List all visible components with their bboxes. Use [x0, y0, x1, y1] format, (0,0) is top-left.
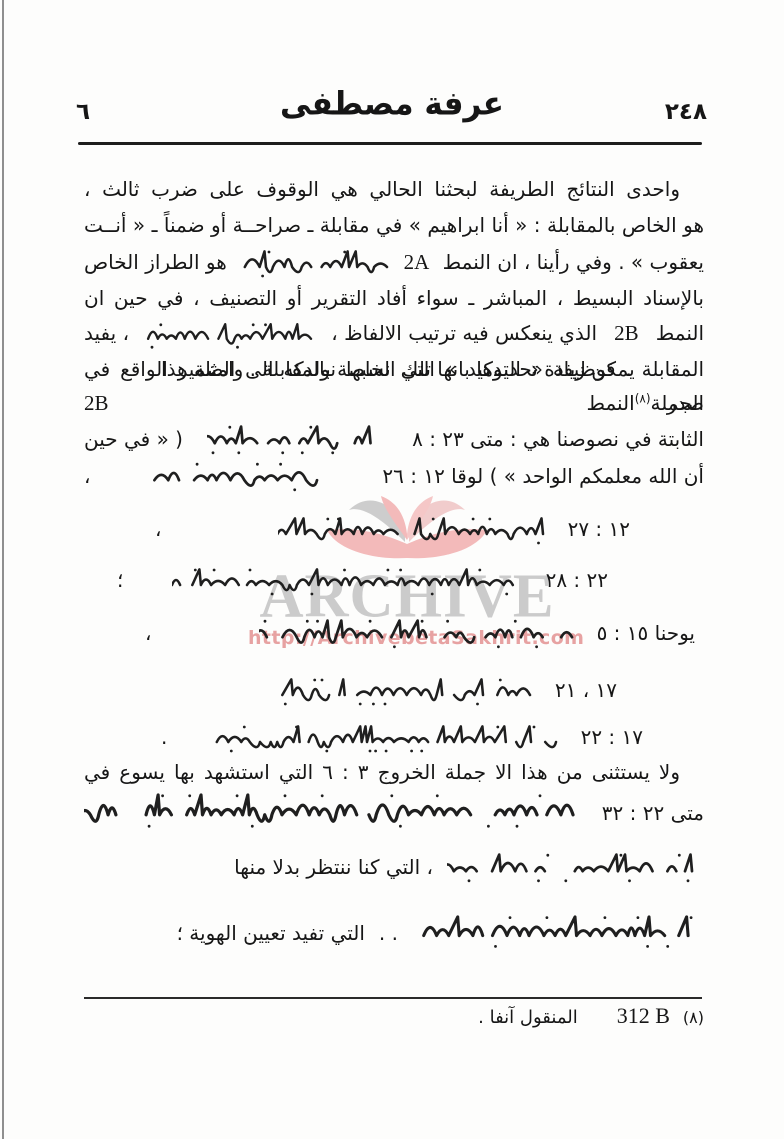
text-line: ولا يستثنى من هذا الا جملة الخروج ٣ : ٦ …	[84, 755, 704, 791]
arabic-text: يعقوب » . وفي رأينا ، ان النمط	[443, 245, 704, 279]
arabic-text: متى ٢٢ : ٣٢	[602, 796, 704, 830]
footnote-text: المنقول آنفا .	[478, 1007, 578, 1028]
text-line: ٢٢ : ٢٨؛	[84, 561, 704, 597]
syriac-script	[259, 618, 575, 650]
arabic-text: أن الله معلمكم الواحد » ) لوقا ١٢ : ٢٦	[382, 459, 704, 493]
verse-reference: يوحنا ١٥ : ٥	[597, 616, 695, 650]
arabic-text: ولا يستثنى من هذا الا جملة الخروج ٣ : ٦ …	[84, 760, 680, 784]
syriac-script	[447, 852, 695, 884]
arabic-text: ، التي كنا ننتظر بدلا منها	[234, 850, 433, 884]
text-line: . .التي تفيد تعيين الهوية ؛	[84, 914, 704, 950]
text-line: هو الخاص بالمقابلة : « أنا ابراهيم » في …	[84, 208, 704, 244]
punctuation: ؛	[117, 563, 123, 597]
punctuation: . .	[379, 916, 398, 950]
text-line: متى ٢٢ : ٣٢	[84, 794, 704, 830]
text-line: ١٧ ، ٢١	[84, 671, 704, 707]
text-line: ١٢ : ٢٧،	[84, 510, 704, 546]
text-line: النمط2Bالذي ينعكس فيه ترتيب الالفاظ ،، ي…	[84, 314, 704, 350]
scanned-book-page: ٦ عرفة مصطفى ٢٤٨ ARCHIVE http://Archiveb…	[0, 0, 784, 1139]
latin-label: 2B	[614, 316, 639, 350]
latin-label: 2B	[84, 386, 109, 420]
syriac-script	[265, 677, 533, 707]
latin-label: 2A	[404, 245, 430, 279]
arabic-text: التي تفيد تعيين الهوية ؛	[177, 916, 365, 950]
verse-reference: ١٧ ، ٢١	[555, 673, 617, 707]
syriac-script	[412, 914, 704, 950]
punctuation: ،	[155, 512, 161, 546]
text-lines: واحدى النتائج الطريفة لبحثنا الحالي هي ا…	[84, 0, 704, 1139]
verse-reference: ١٢ : ٢٧	[568, 512, 630, 546]
footnote-marker: (٨)	[683, 1008, 704, 1027]
footnote-citation: 312 B	[617, 1003, 670, 1029]
arabic-text: النمط	[656, 316, 704, 350]
syriac-script	[84, 792, 576, 830]
text-line: بالإسناد البسيط ، المباشر ـ سواء أفاد ال…	[84, 281, 704, 317]
punctuation: .	[161, 720, 167, 754]
arabic-text: بالإسناد البسيط ، المباشر ـ سواء أفاد ال…	[84, 286, 704, 310]
syriac-script	[201, 724, 559, 754]
text-line: ١٧ : ٢٢.	[84, 718, 704, 754]
arabic-text-with-footnote-marker: الجملة(٨)	[635, 386, 704, 420]
syriac-script	[172, 567, 524, 597]
syriac-script	[240, 249, 390, 279]
syriac-script	[152, 461, 320, 493]
text-line: ، التي كنا ننتظر بدلا منها	[84, 848, 704, 884]
verse-reference: ٢٢ : ٢٨	[546, 563, 608, 597]
scan-edge-line	[2, 0, 4, 1139]
text-line: يوحنا ١٥ : ٥،	[84, 614, 704, 650]
arabic-text: الثابتة في نصوصنا هي : متى ٢٣ : ٨	[412, 422, 704, 456]
verse-reference: ١٧ : ٢٢	[581, 720, 643, 754]
footnote: (٨) 312 B المنقول آنفا .	[84, 1003, 704, 1029]
text-line: يعقوب » . وفي رأينا ، ان النمط2Aهو الطرا…	[84, 243, 704, 279]
text-line: الثابتة في نصوصنا هي : متى ٢٣ : ٨( « في …	[84, 420, 704, 456]
arabic-text: هو الطراز الخاص	[84, 245, 227, 279]
footnote-reference-marker: (٨)	[635, 391, 651, 405]
text-line: الجملة(٨)يمكن زيادة تحديدها بانها تلك ال…	[84, 384, 704, 420]
syriac-script	[207, 424, 389, 456]
arabic-text: ، يفيد	[84, 316, 129, 350]
arabic-text: ( « في حين	[84, 422, 183, 456]
arabic-text: يمكن زيادة تحديدها بانها تلك الخاصة بالم…	[109, 352, 635, 420]
arabic-text: هو الخاص بالمقابلة : « أنا ابراهيم » في …	[84, 213, 704, 237]
syriac-script	[278, 516, 546, 546]
syriac-script	[146, 322, 314, 350]
arabic-text: واحدى النتائج الطريفة لبحثنا الحالي هي ا…	[84, 177, 680, 201]
punctuation: ،	[145, 616, 151, 650]
arabic-text: الذي ينعكس فيه ترتيب الالفاظ ،	[331, 316, 597, 350]
text-line: واحدى النتائج الطريفة لبحثنا الحالي هي ا…	[84, 172, 704, 208]
text-line: أن الله معلمكم الواحد » ) لوقا ١٢ : ٢٦،	[84, 457, 704, 493]
punctuation: ،	[84, 459, 90, 493]
